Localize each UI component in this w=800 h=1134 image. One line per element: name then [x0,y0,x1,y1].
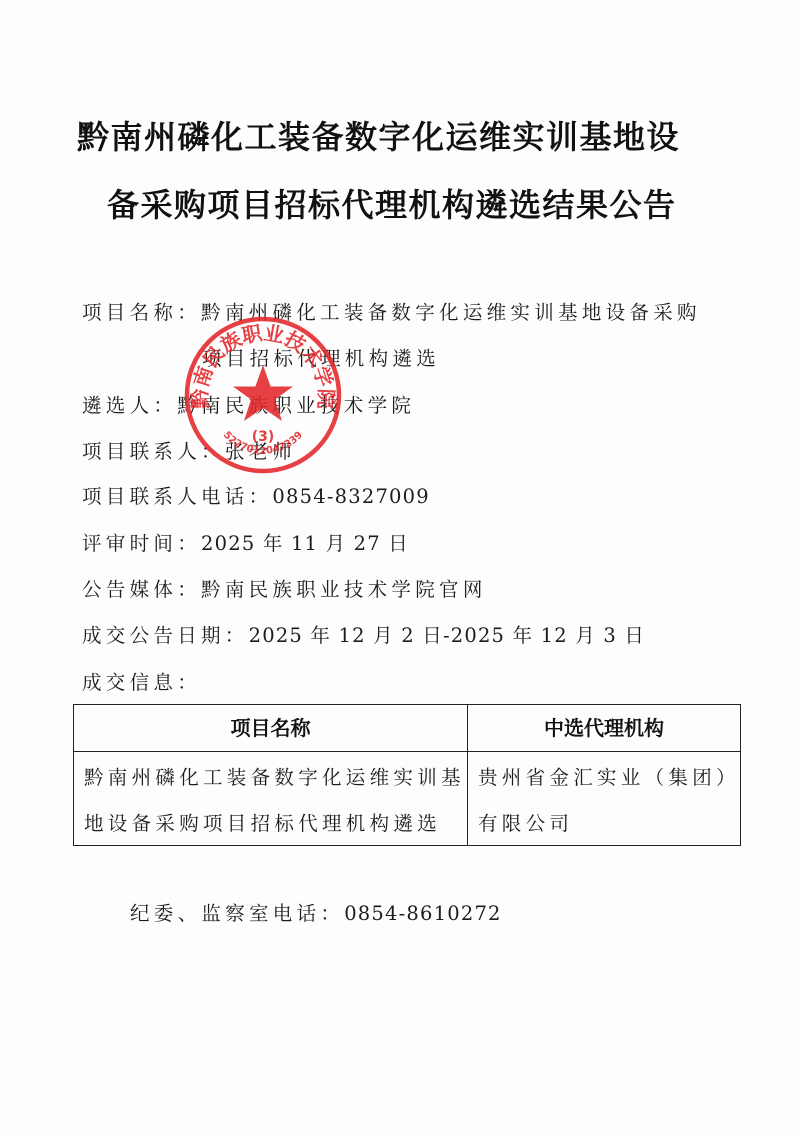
review-time-row: 评审时间：2025 年 11 月 27 日 [82,530,409,558]
phone-label: 项目联系人电话： [82,485,272,508]
table-cell-project-line-2: 地设备采购项目招标代理机构遴选 [84,801,465,847]
review-time-value: 2025 年 11 月 27 日 [201,532,409,555]
selector-label: 遴选人： [82,394,177,417]
document-title-line-2: 备采购项目招标代理机构遴选结果公告 [107,185,677,225]
document-page: 黔南州磷化工装备数字化运维实训基地设 备采购项目招标代理机构遴选结果公告 项目名… [0,0,800,1134]
review-time-label: 评审时间： [82,532,201,555]
document-title-line-1: 黔南州磷化工装备数字化运维实训基地设 [77,117,680,157]
media-row: 公告媒体：黔南民族职业技术学院官网 [82,576,487,604]
discipline-phone-value: 0854-8610272 [344,902,501,925]
notice-period-label: 成交公告日期： [82,624,249,647]
phone-row: 项目联系人电话：0854-8327009 [82,483,430,511]
star-icon [233,365,293,421]
deal-info-label: 成交信息： [82,669,201,697]
result-table: 项目名称 中选代理机构 黔南州磷化工装备数字化运维实训基 地设备采购项目招标代理… [73,704,741,846]
seal-center-mark: (3) [252,429,275,445]
discipline-phone-label: 纪委、监察室电话： [130,902,344,925]
table-cell-project: 黔南州磷化工装备数字化运维实训基 地设备采购项目招标代理机构遴选 [84,755,465,847]
table-header-agency: 中选代理机构 [468,705,740,751]
media-label: 公告媒体： [82,578,201,601]
project-name-row: 项目名称：黔南州磷化工装备数字化运维实训基地设备采购 [82,299,701,327]
discipline-phone-row: 纪委、监察室电话：0854-8610272 [130,900,502,928]
official-seal-stamp: 黔南民族职业技术学院 (3) 5227012047239 [183,315,343,475]
notice-period-value: 2025 年 12 月 2 日-2025 年 12 月 3 日 [249,624,645,647]
table-cell-project-line-1: 黔南州磷化工装备数字化运维实训基 [84,755,465,801]
media-value: 黔南民族职业技术学院官网 [201,578,487,601]
table-cell-agency-line-2: 有限公司 [478,801,740,847]
phone-value: 0854-8327009 [272,485,429,508]
table-header-divider [74,751,740,752]
table-header-project-name: 项目名称 [74,705,467,751]
table-cell-agency-line-1: 贵州省金汇实业（集团） [478,755,740,801]
table-cell-agency: 贵州省金汇实业（集团） 有限公司 [478,755,740,847]
notice-period-row: 成交公告日期：2025 年 12 月 2 日-2025 年 12 月 3 日 [82,622,645,650]
